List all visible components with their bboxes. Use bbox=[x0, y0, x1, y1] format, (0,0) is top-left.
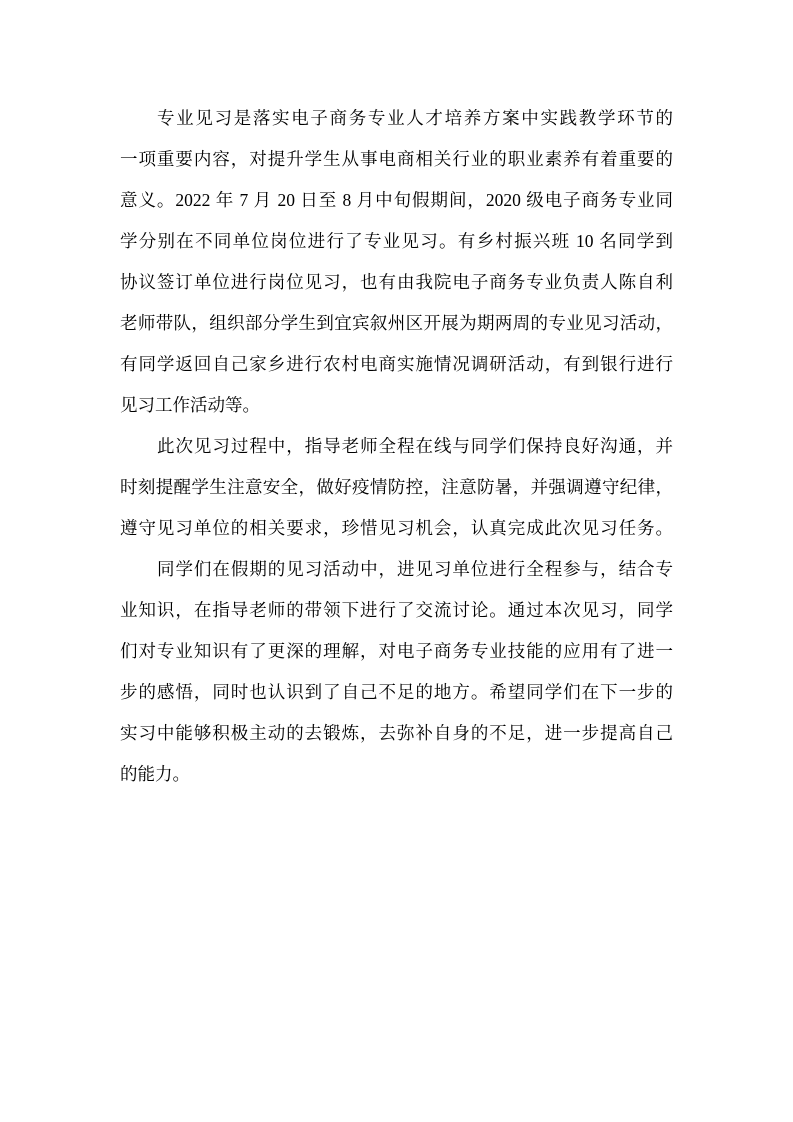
text-line: 老师带队，组织部分学生到宜宾叙州区开展为期两周的专业见习活动， bbox=[120, 303, 673, 344]
text-line: 一项重要内容，对提升学生从事电商相关行业的职业素养有着重要的 bbox=[120, 139, 673, 180]
text-line: 意义。2022 年 7 月 20 日至 8 月中旬假期间，2020 级电子商务专… bbox=[120, 180, 673, 221]
document-body: 专业见习是落实电子商务专业人才培养方案中实践教学环节的一项重要内容，对提升学生从… bbox=[120, 98, 673, 795]
text-line: 遵守见习单位的相关要求，珍惜见习机会，认真完成此次见习任务。 bbox=[120, 508, 673, 549]
text-line: 们对专业知识有了更深的理解，对电子商务专业技能的应用有了进一 bbox=[120, 631, 673, 672]
text-line: 步的感悟，同时也认识到了自己不足的地方。希望同学们在下一步的 bbox=[120, 672, 673, 713]
text-line: 有同学返回自己家乡进行农村电商实施情况调研活动，有到银行进行 bbox=[120, 344, 673, 385]
text-line: 业知识，在指导老师的带领下进行了交流讨论。通过本次见习，同学 bbox=[120, 590, 673, 631]
text-line: 专业见习是落实电子商务专业人才培养方案中实践教学环节的 bbox=[120, 98, 673, 139]
text-line: 实习中能够积极主动的去锻炼，去弥补自身的不足，进一步提高自己 bbox=[120, 713, 673, 754]
text-line: 学分别在不同单位岗位进行了专业见习。有乡村振兴班 10 名同学到 bbox=[120, 221, 673, 262]
text-line: 同学们在假期的见习活动中，进见习单位进行全程参与，结合专 bbox=[120, 549, 673, 590]
text-line: 见习工作活动等。 bbox=[120, 385, 673, 426]
text-line: 协议签订单位进行岗位见习，也有由我院电子商务专业负责人陈自利 bbox=[120, 262, 673, 303]
text-line: 时刻提醒学生注意安全，做好疫情防控，注意防暑，并强调遵守纪律， bbox=[120, 467, 673, 508]
text-line: 的能力。 bbox=[120, 754, 673, 795]
document-page: 专业见习是落实电子商务专业人才培养方案中实践教学环节的一项重要内容，对提升学生从… bbox=[0, 0, 793, 1122]
text-line: 此次见习过程中，指导老师全程在线与同学们保持良好沟通，并 bbox=[120, 426, 673, 467]
